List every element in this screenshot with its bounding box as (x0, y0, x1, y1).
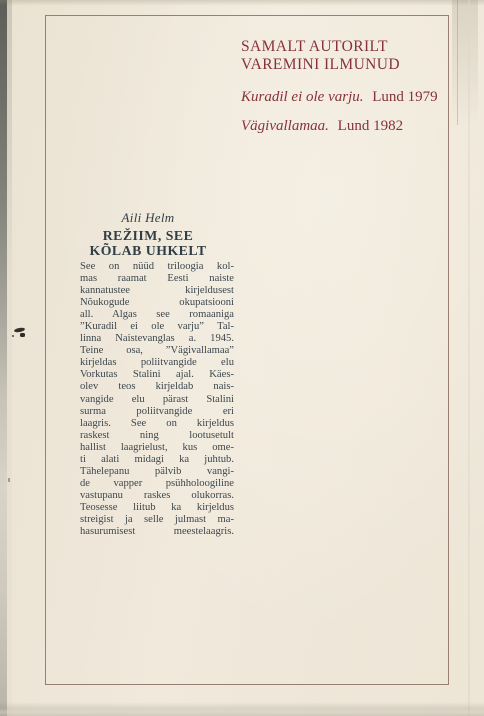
blurb-line: ti alati midagi ka juhtub. (80, 454, 234, 466)
blurb-line: mas raamat Eesti naiste (80, 273, 234, 285)
ink-dot (12, 335, 14, 337)
blurb-line: hallist laagrielust, kus ome- (80, 442, 234, 454)
blurb-line: vastupanu raskes olukorras. (80, 490, 234, 502)
blurb-line: See on nüüd triloogia kol- (80, 261, 234, 273)
previous-work-title: Kuradil ei ole varju. (241, 89, 364, 105)
paper-top-shadow (0, 0, 484, 6)
blurb-line: raskest ning lootusetult (80, 430, 234, 442)
blurb-line: streigist ja selle julmast ma- (80, 514, 234, 526)
previous-works-heading-line1: SAMALT AUTORILT (241, 38, 461, 56)
blurb-line: Vorkutas Stalini ajal. Käes- (80, 369, 234, 381)
previous-works-heading: SAMALT AUTORILT VAREMINI ILMUNUD (241, 38, 461, 73)
previous-work-entry: Kuradil ei ole varju. Lund 1979 (241, 89, 438, 106)
blurb-line: olev teos kirjeldab nais- (80, 381, 234, 393)
previous-work-imprint: Lund 1982 (338, 118, 403, 134)
blurb-line: kannatustee kirjeldusest (80, 285, 234, 297)
blurb-line: surma poliitvangide eri (80, 406, 234, 418)
previous-work-title: Vägivallamaa. (241, 118, 329, 134)
blurb-line: hasurumisest meestelaagris. (80, 526, 234, 538)
blurb-line: Teosesse liitub ka kirjeldus (80, 502, 234, 514)
blurb-line: Nõukogude okupatsiooni (80, 297, 234, 309)
book-heading: Aili Helm REŽIIM, SEE KÕLAB UHKELT (71, 211, 225, 259)
previous-work-entry: Vägivallamaa. Lund 1982 (241, 118, 403, 135)
previous-works-heading-line2: VAREMINI ILMUNUD (241, 56, 461, 74)
blurb-line: vangide elu pärast Stalini (80, 394, 234, 406)
blurb-line: ”Kuradil ei ole varju” Tal- (80, 321, 234, 333)
blurb-line: all. Algas see romaaniga (80, 309, 234, 321)
scan-left-edge-shadow (7, 0, 12, 716)
book-title-line1: REŽIIM, SEE (71, 228, 225, 243)
previous-works-section: SAMALT AUTORILT VAREMINI ILMUNUD Kuradil… (241, 38, 461, 73)
paper-crease (452, 0, 478, 150)
paper-bottom-shadow (0, 702, 484, 716)
blurb-paragraph: See on nüüd triloogia kol-mas raamat Ees… (80, 261, 234, 538)
book-jacket-scan: SAMALT AUTORILT VAREMINI ILMUNUD Kuradil… (0, 0, 484, 716)
scan-left-edge (0, 0, 7, 716)
book-title-line2: KÕLAB UHKELT (71, 243, 225, 258)
previous-work-imprint: Lund 1979 (372, 89, 437, 105)
blurb-line: kirjeldas poliitvangide elu (80, 357, 234, 369)
blurb-line: laagris. See on kirjeldus (80, 418, 234, 430)
blurb-line: linna Naistevanglas a. 1945. (80, 333, 234, 345)
blurb-line: Tähelepanu pälvib vangi- (80, 466, 234, 478)
paper-speck (8, 478, 10, 482)
paper-crease-streak (468, 0, 470, 716)
blurb-line: Teine osa, ”Vägivallamaa” (80, 345, 234, 357)
author-name: Aili Helm (71, 211, 225, 225)
ink-blot (20, 333, 25, 337)
blurb-line: de vapper psühholoogiline (80, 478, 234, 490)
